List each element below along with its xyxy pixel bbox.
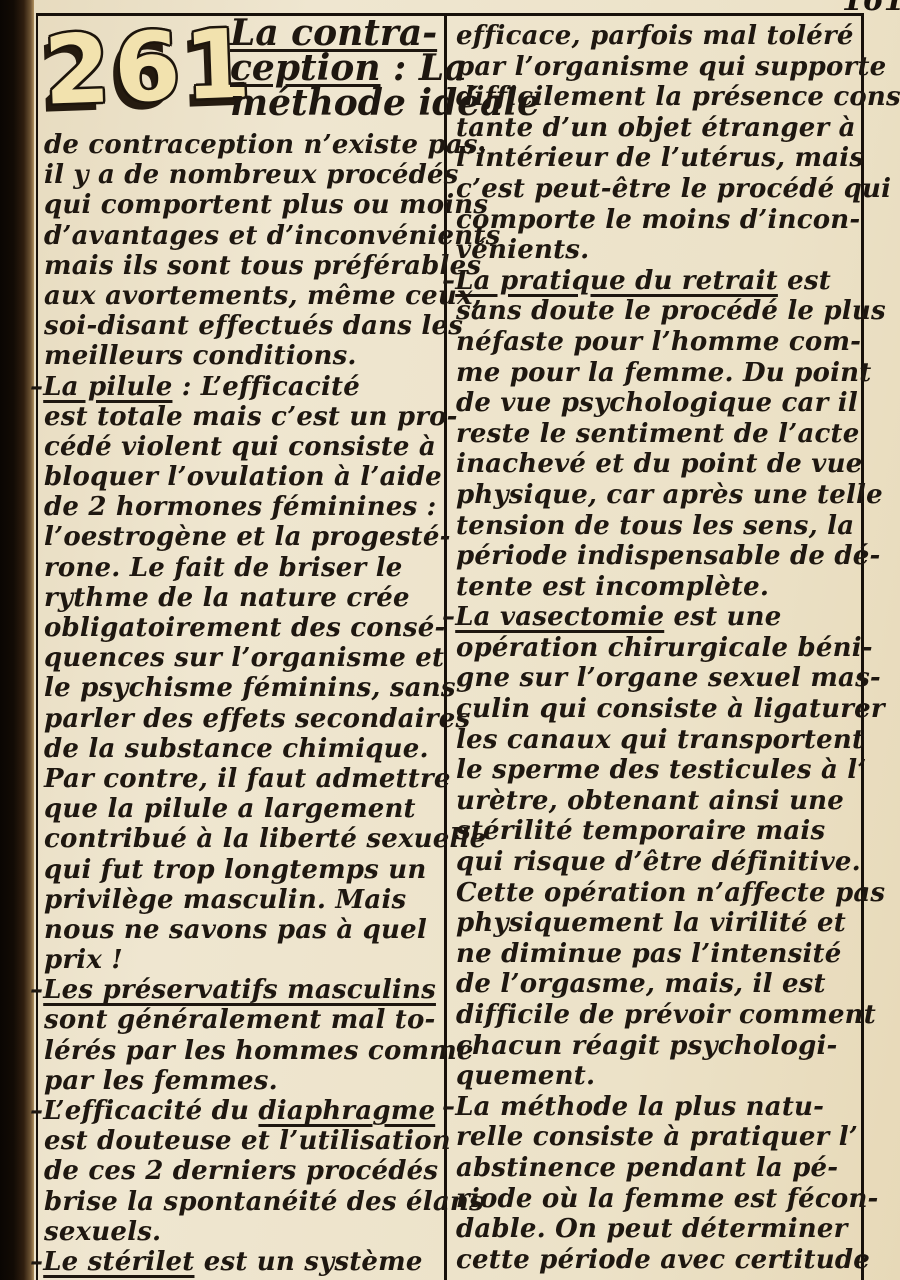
text-line: cette période avec certitude	[456, 1245, 860, 1276]
text-line: –La méthode la plus natu-	[442, 1092, 860, 1123]
text-line: le sperme des testicules à l’	[456, 755, 860, 786]
text-line: Par contre, il faut admettre	[44, 764, 448, 794]
text-line: gne sur l’organe sexuel mas-	[456, 663, 860, 694]
text-line: cédé violent qui consiste à	[44, 432, 448, 462]
text-line: bloquer l’ovulation à l’aide	[44, 462, 448, 492]
book-gutter	[0, 0, 34, 1280]
text-line: soi-disant effectués dans les	[44, 311, 448, 341]
frame-left-border	[36, 13, 38, 1280]
text-line: est totale mais c’est un pro-	[44, 402, 448, 432]
text-line: lérés par les hommes comme	[44, 1036, 448, 1066]
text-line: sont généralement mal to-	[44, 1005, 448, 1035]
text-line: tente est incomplète.	[456, 572, 860, 603]
text-line: contribué à la liberté sexuelle	[44, 824, 448, 854]
text-line: relle consiste à pratiquer l’	[456, 1122, 860, 1153]
text-line: dable. On peut déterminer	[456, 1214, 860, 1245]
text-line: de la substance chimique.	[44, 734, 448, 764]
text-line: rone. Le fait de briser le	[44, 553, 448, 583]
text-line: inachevé et du point de vue	[456, 449, 860, 480]
text-line: physique, car après une telle	[456, 480, 860, 511]
text-line: c’est peut-être le procédé qui	[456, 174, 860, 205]
text-line: l’intérieur de l’utérus, mais	[456, 143, 860, 174]
text-line: –La pilule : L’efficacité	[30, 372, 448, 402]
text-line: culin qui consiste à ligaturer	[456, 694, 860, 725]
entry-number: 261	[42, 12, 256, 124]
text-line: stérilité temporaire mais	[456, 816, 860, 847]
text-line: de 2 hormones féminines :	[44, 492, 448, 522]
text-line: par les femmes.	[44, 1066, 448, 1096]
text-line: efficace, parfois mal toléré	[456, 21, 860, 52]
text-line: –L’efficacité du diaphragme	[30, 1096, 448, 1126]
text-line: rythme de la nature crée	[44, 583, 448, 613]
text-line: obligatoirement des consé-	[44, 613, 448, 643]
right-column: efficace, parfois mal tolérépar l’organi…	[456, 21, 860, 1275]
text-line: par l’organisme qui supporte	[456, 52, 860, 83]
text-line: sexuels.	[44, 1217, 448, 1247]
left-column: de contraception n’existe pas,il y a de …	[44, 130, 448, 1277]
text-line: néfaste pour l’homme com-	[456, 327, 860, 358]
text-line: tante d’un objet étranger à	[456, 113, 860, 144]
text-line: ne diminue pas l’intensité	[456, 939, 860, 970]
text-line: l’oestrogène et la progesté-	[44, 522, 448, 552]
text-line: physiquement la virilité et	[456, 908, 860, 939]
text-line: difficilement la présence cons-	[456, 82, 860, 113]
text-line: –La pratique du retrait est	[442, 266, 860, 297]
text-line: opération chirurgicale béni-	[456, 633, 860, 664]
text-line: riode où la femme est fécon-	[456, 1184, 860, 1215]
text-line: de contraception n’existe pas,	[44, 130, 448, 160]
text-line: d’avantages et d’inconvénients	[44, 221, 448, 251]
text-line: difficile de prévoir comment	[456, 1000, 860, 1031]
text-line: me pour la femme. Du point	[456, 358, 860, 389]
text-line: nous ne savons pas à quel	[44, 915, 448, 945]
text-line: est douteuse et l’utilisation	[44, 1126, 448, 1156]
text-line: il y a de nombreux procédés	[44, 160, 448, 190]
text-line: –Les préservatifs masculins	[30, 975, 448, 1005]
text-line: prix !	[44, 945, 448, 975]
text-line: aux avortements, même ceux,	[44, 281, 448, 311]
text-line: vénients.	[456, 235, 860, 266]
text-line: de l’orgasme, mais, il est	[456, 969, 860, 1000]
text-line: de vue psychologique car il	[456, 388, 860, 419]
text-line: que la pilule a largement	[44, 794, 448, 824]
text-line: tension de tous les sens, la	[456, 511, 860, 542]
text-line: de ces 2 derniers procédés	[44, 1156, 448, 1186]
text-line: meilleurs conditions.	[44, 341, 448, 371]
text-line: privilège masculin. Mais	[44, 885, 448, 915]
text-line: abstinence pendant la pé-	[456, 1153, 860, 1184]
text-line: qui risque d’être définitive.	[456, 847, 860, 878]
text-line: période indispensable de dé-	[456, 541, 860, 572]
text-line: sans doute le procédé le plus	[456, 296, 860, 327]
text-line: brise la spontanéité des élans	[44, 1187, 448, 1217]
text-line: comporte le moins d’incon-	[456, 205, 860, 236]
page-number: 161	[842, 0, 900, 18]
text-line: qui fut trop longtemps un	[44, 855, 448, 885]
text-line: mais ils sont tous préférables	[44, 251, 448, 281]
text-line: Cette opération n’affecte pas	[456, 878, 860, 909]
text-line: les canaux qui transportent	[456, 725, 860, 756]
text-line: –La vasectomie est une	[442, 602, 860, 633]
text-line: chacun réagit psychologi-	[456, 1031, 860, 1062]
text-line: urètre, obtenant ainsi une	[456, 786, 860, 817]
text-line: qui comportent plus ou moins	[44, 190, 448, 220]
text-line: quences sur l’organisme et	[44, 643, 448, 673]
text-line: –Le stérilet est un système	[30, 1247, 448, 1277]
text-line: le psychisme féminins, sans	[44, 673, 448, 703]
text-line: parler des effets secondaires	[44, 704, 448, 734]
text-line: reste le sentiment de l’acte	[456, 419, 860, 450]
text-line: quement.	[456, 1061, 860, 1092]
